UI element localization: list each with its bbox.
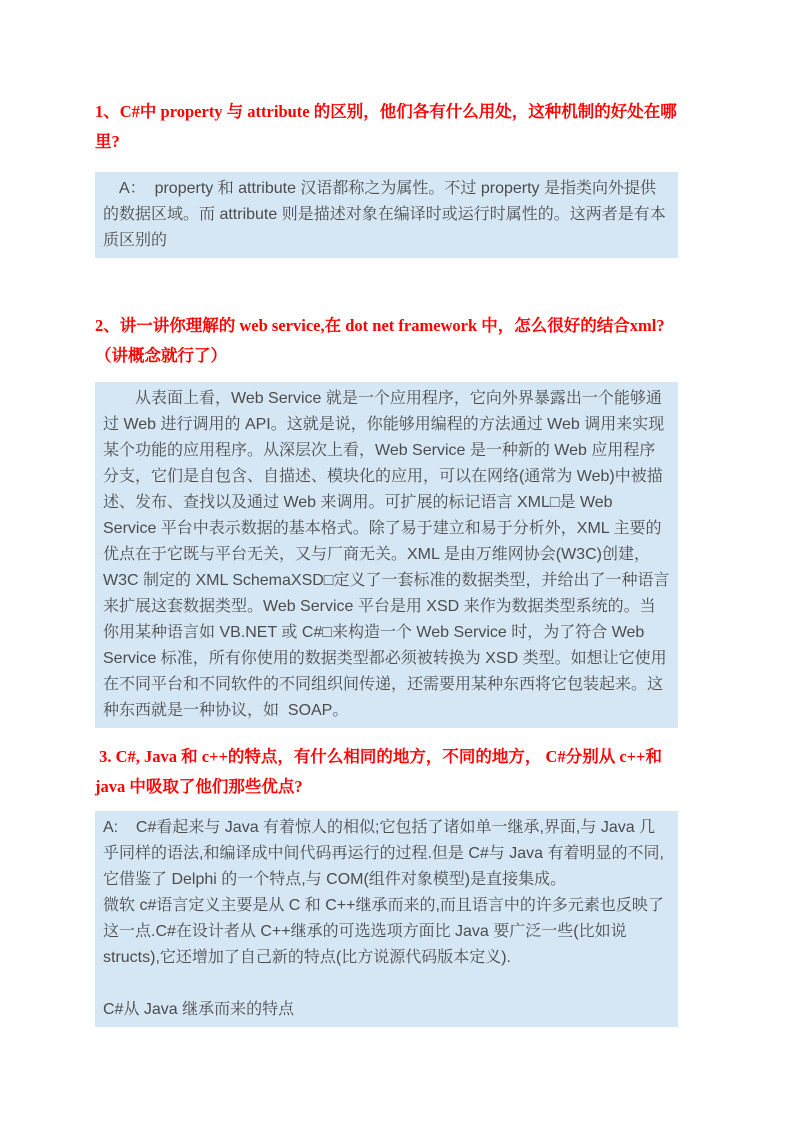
question-2-heading: 2、讲一讲你理解的 web service,在 dot net framewor… (95, 311, 678, 371)
question-3-heading: 3. C#, Java 和 c++的特点，有什么相同的地方，不同的地方， C#分… (95, 742, 678, 802)
answer-3-paragraph-3: C#从 Java 继承而来的特点 (103, 997, 670, 1023)
qa-section-1: 1、C#中 property 与 attribute 的区别，他们各有什么用处，… (95, 97, 678, 258)
answer-3-block: A: C#看起来与 Java 有着惊人的相似;它包括了诸如单一继承,界面,与 J… (95, 811, 678, 1027)
answer-2-paragraph-1: 从表面上看，Web Service 就是一个应用程序，它向外界暴露出一个能够通过… (103, 386, 670, 724)
answer-3-paragraph-1: A: C#看起来与 Java 有着惊人的相似;它包括了诸如单一继承,界面,与 J… (103, 815, 670, 893)
document-page: 1、C#中 property 与 attribute 的区别，他们各有什么用处，… (0, 0, 794, 1123)
qa-section-2: 2、讲一讲你理解的 web service,在 dot net framewor… (95, 311, 678, 728)
answer-3-paragraph-2: 微软 c#语言定义主要是从 C 和 C++继承而来的,而且语言中的许多元素也反映… (103, 893, 670, 971)
question-1-heading: 1、C#中 property 与 attribute 的区别，他们各有什么用处，… (95, 97, 678, 157)
answer-1-paragraph-1: A： property 和 attribute 汉语都称之为属性。不过 prop… (103, 176, 670, 254)
answer-1-block: A： property 和 attribute 汉语都称之为属性。不过 prop… (95, 172, 678, 258)
qa-section-3: 3. C#, Java 和 c++的特点，有什么相同的地方，不同的地方， C#分… (95, 742, 678, 1027)
answer-2-block: 从表面上看，Web Service 就是一个应用程序，它向外界暴露出一个能够通过… (95, 382, 678, 728)
answer-3-paragraph-blank (103, 971, 670, 997)
